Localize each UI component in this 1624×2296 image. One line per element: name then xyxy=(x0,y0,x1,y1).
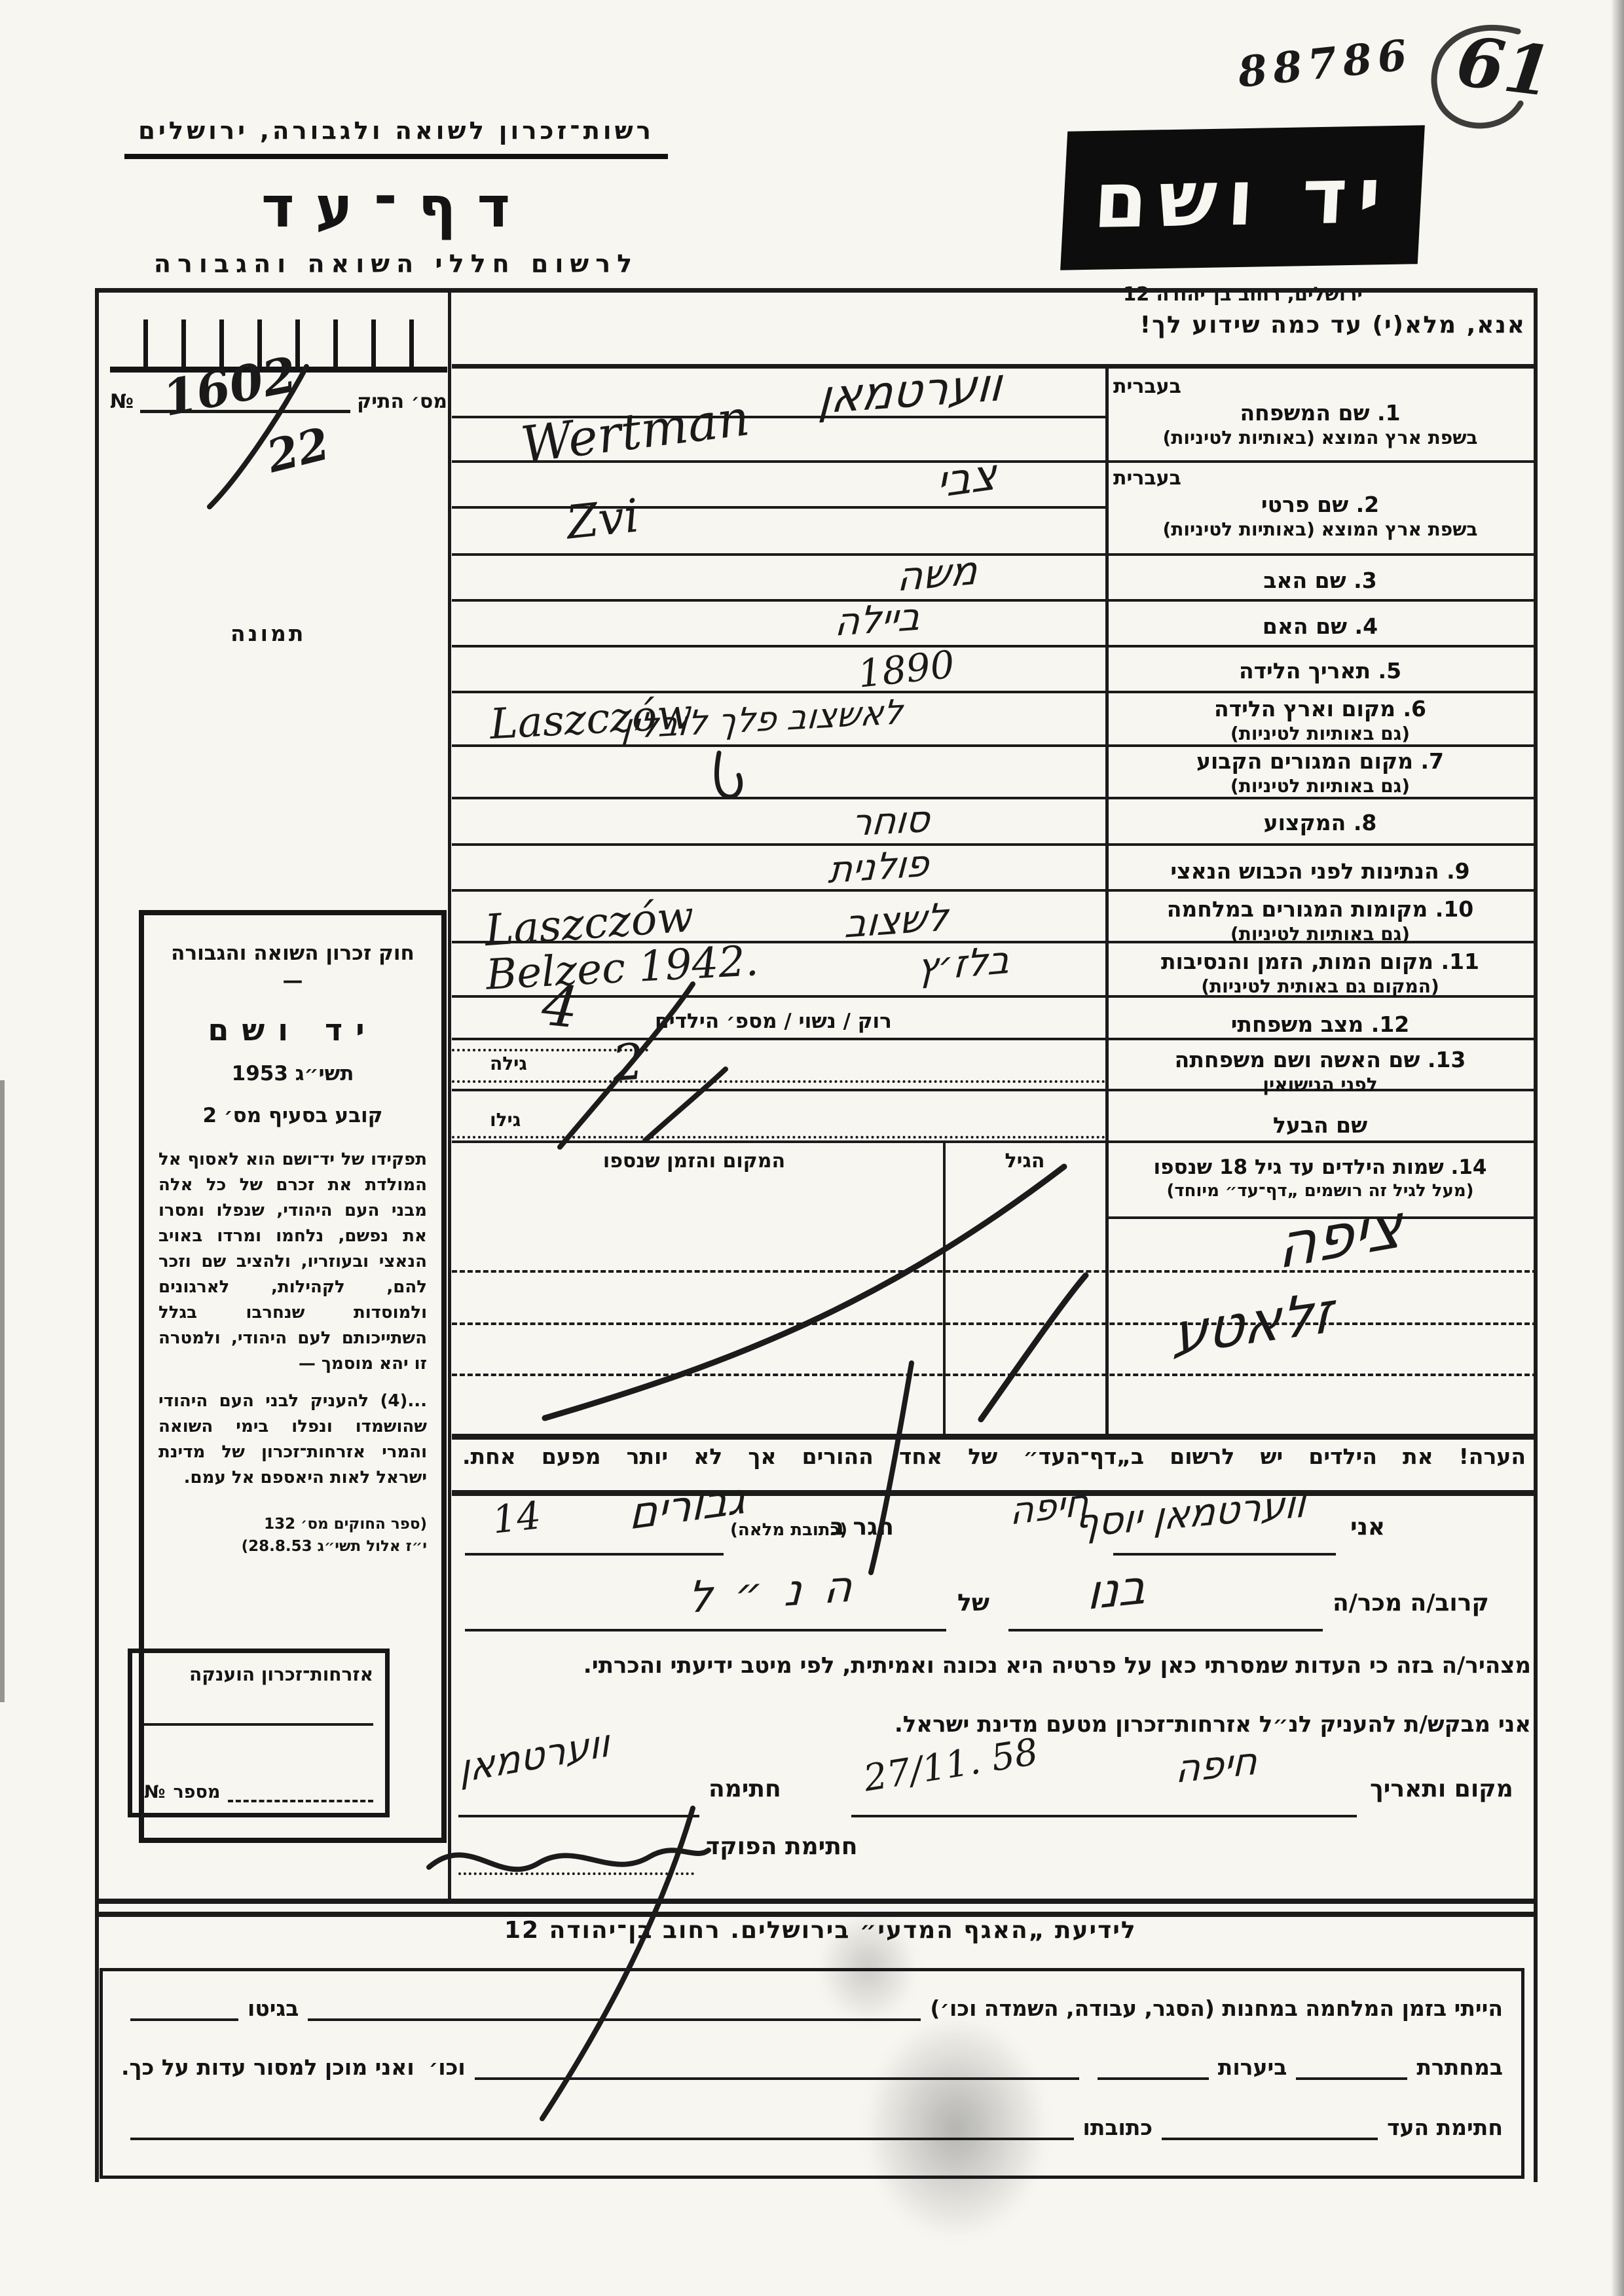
table-place-header: המקום והזמן שנספו xyxy=(511,1150,877,1173)
ghetto-label: בגיטו xyxy=(248,1995,299,2021)
child-2-name-handwritten: זלאטע xyxy=(1172,1279,1333,1368)
etc-label: וכו׳ xyxy=(429,2054,466,2080)
bottom-row-signature: חתימת העד כתובתו xyxy=(121,2111,1503,2140)
citizenship-handwritten: פולנית xyxy=(827,842,931,892)
field-11-label-block: 11. מקום המות, הזמן והנסיבות (המקום גם ב… xyxy=(1113,948,1527,998)
citizenship-numero-symbol: № xyxy=(144,1782,165,1802)
relative-label: קרוב/ה מכר/ה xyxy=(1333,1590,1489,1616)
bottom-row-underground: במחתרת ביערות וכו׳ ואני מוכן למסור עדות … xyxy=(121,2051,1503,2080)
field-12-label-block: 12. מצב משפחתי xyxy=(1113,1011,1527,1038)
field-10-label-block: 10. מקומות המגורים במלחמה (גם באותיות לט… xyxy=(1113,896,1527,945)
file-number-label: מס׳ התיק xyxy=(357,390,447,413)
numero-symbol: № xyxy=(110,390,134,413)
her-age-label: גילה xyxy=(490,1053,527,1074)
rule xyxy=(452,553,1538,556)
field-5-label-block: 5. תאריך הלידה xyxy=(1113,657,1527,684)
registration-number-handwritten: 88786 xyxy=(1236,30,1415,98)
scanned-testimony-page: 88786 61 רשות־זכרון לשואה ולגבורה, ירושל… xyxy=(0,0,1624,2296)
field-11-hint: (המקום גם באותית לטיניות) xyxy=(1113,975,1527,998)
fill-in-prompt: אנא, מלא(י) עד כמה שידוע לך! xyxy=(1113,312,1526,338)
field-10-hint: (גם באותיות לטיניות) xyxy=(1113,922,1527,945)
law-year: תשי״ג 1953 xyxy=(158,1062,427,1085)
logo-address: ירושלים, רחוב בן־יהודה 12 xyxy=(1040,283,1446,305)
table-slash xyxy=(981,1275,1086,1419)
signature-label: חתימה xyxy=(709,1776,781,1802)
address-street-handwritten: גבורים xyxy=(629,1472,747,1540)
field-2-language-hint: בעברית xyxy=(1113,466,1527,491)
address-number-handwritten: 14 xyxy=(490,1493,544,1542)
citizenship-number-line xyxy=(228,1780,373,1802)
field-2-label-block: בעברית 2. שם פרטי בשפת ארץ המוצא (באותיו… xyxy=(1113,466,1527,541)
field-3-label: 3. שם האב xyxy=(1113,567,1527,594)
note-bottom-rule xyxy=(452,1490,1538,1496)
footer-note: לידיעת „האגף המדעי״ בירושלים. רחוב בן־יה… xyxy=(504,1917,1137,1944)
birth-date-handwritten: 1890 xyxy=(856,642,957,696)
field-5-label: 5. תאריך הלידה xyxy=(1113,657,1527,684)
forests-label: ביערות xyxy=(1218,2054,1287,2080)
forests-line xyxy=(1098,2051,1209,2080)
marital-status-printed: רוק / נשוי / מספ׳ הילדים xyxy=(655,1010,892,1033)
bottom-testimony-box: הייתי בזמן המלחמה במחנות (הסגר, עבודה, ה… xyxy=(100,1968,1524,2179)
mother-name-handwritten: ביילה xyxy=(834,594,922,645)
rule xyxy=(452,645,1538,647)
field-8-label: 8. המקצוע xyxy=(1113,809,1527,836)
table-row-line xyxy=(452,1270,1538,1273)
place-value-handwritten: חיפה xyxy=(1175,1738,1258,1792)
table-row-line xyxy=(452,1322,1538,1325)
divider-age-column xyxy=(943,1140,946,1434)
law-clause: ...(4) להעניק לבני העם היהודי שהושמדו ונ… xyxy=(158,1389,427,1491)
underground-label: במחתרת xyxy=(1416,2054,1503,2080)
double-rule-bottom xyxy=(95,1912,1538,1917)
underground-line xyxy=(1296,2051,1407,2080)
frame-top xyxy=(95,288,1538,293)
field7-check-mark xyxy=(716,753,740,797)
law-name: יד ושם xyxy=(158,1012,427,1048)
of-label: של xyxy=(957,1590,989,1616)
field-11-label: 11. מקום המות, הזמן והנסיבות xyxy=(1113,948,1527,975)
father-name-handwritten: משה xyxy=(896,547,978,600)
dotted-line xyxy=(452,1136,1105,1139)
death-place-hebrew-handwritten: בלז׳ץ xyxy=(915,938,1010,991)
husband-label: שם הבעל xyxy=(1113,1112,1527,1139)
clerk-signature-label: חתימת הפוקד xyxy=(706,1833,858,1860)
address-hint: (כתובת מלאה) xyxy=(730,1520,847,1540)
field-3-label-block: 3. שם האב xyxy=(1113,567,1527,594)
etc-line xyxy=(475,2051,1079,2080)
field-1-label: 1. שם המשפחה xyxy=(1113,399,1527,426)
law-title: חוק זכרון השואה והגבורה — xyxy=(158,940,427,995)
relation-line xyxy=(1008,1594,1323,1631)
field-9-label-block: 9. הנתינות לפני הכבוש הנאצי xyxy=(1113,858,1527,884)
rule xyxy=(452,843,1538,846)
his-age-label: גילו xyxy=(490,1109,521,1131)
field-1-language-hint: בעברית xyxy=(1113,374,1527,399)
field-12-label: 12. מצב משפחתי xyxy=(1113,1011,1527,1038)
profession-handwritten: סוחר xyxy=(849,798,931,845)
field-7-hint: (גם באותיות לטיניות) xyxy=(1113,774,1527,797)
dotted-line xyxy=(452,1080,1105,1083)
field-9-label: 9. הנתינות לפני הכבוש הנאצי xyxy=(1113,858,1527,884)
scan-edge-right xyxy=(1611,0,1624,2296)
field-2-label: 2. שם פרטי xyxy=(1113,491,1527,518)
witness-sig-line xyxy=(1162,2111,1378,2140)
first-name-hebrew-handwritten: צבי xyxy=(936,448,996,508)
note-top-rule xyxy=(452,1434,1538,1440)
field-4-label-block: 4. שם האם xyxy=(1113,613,1527,640)
field-13-label: 13. שם האשה ושם משפחתה xyxy=(1113,1046,1527,1073)
form-subtitle: לרשום חללי השואה והגבורה xyxy=(124,249,668,278)
table-age-header: הגיל xyxy=(963,1150,1087,1173)
i-label: אני xyxy=(1350,1514,1385,1540)
field-6-hint: (גם באותיות לטיניות) xyxy=(1113,722,1527,745)
witness-address-line xyxy=(130,2111,1074,2140)
yad-vashem-logo: יד ושם xyxy=(1060,125,1425,270)
field-14-label: 14. שמות הילדים עד גיל 18 שנספו xyxy=(1113,1155,1527,1180)
witness-sig-label: חתימת העד xyxy=(1387,2115,1503,2140)
children-count-handwritten: 4 xyxy=(539,972,581,1041)
witness-address-label: כתובתו xyxy=(1083,2115,1153,2140)
photo-label: תמונה xyxy=(231,621,306,646)
child-1-name-handwritten: ציפה xyxy=(1278,1190,1402,1283)
declaration-request: אני מבקש/ת להעניק לנ״ל אזרחות־זכרון מטעם… xyxy=(465,1711,1531,1738)
place-date-label: מקום ותאריך xyxy=(1370,1776,1513,1802)
file-number-value-bottom: 22 xyxy=(262,418,335,484)
citizenship-number-label: מספר xyxy=(173,1782,220,1802)
field-1-hint: בשפת ארץ המוצא (באותיות לטיניות) xyxy=(1113,426,1527,449)
scan-edge-left-mark xyxy=(0,1080,5,1702)
citizenship-line xyxy=(144,1723,373,1726)
rule xyxy=(452,599,1538,602)
law-body: תפקידו של יד־ושם הוא לאסוף אל המולדת את … xyxy=(158,1147,427,1377)
rule xyxy=(452,1140,1538,1143)
ghetto-line xyxy=(130,1992,238,2021)
first-name-latin-handwritten: Zvi xyxy=(564,488,642,549)
field-1-label-block: בעברית 1. שם המשפחה בשפת ארץ המוצא (באות… xyxy=(1113,374,1527,449)
husband-label-block: שם הבעל xyxy=(1113,1112,1527,1139)
writing-line xyxy=(452,506,1105,509)
form-header: רשות־זכרון לשואה ולגבורה, ירושלים דף־עד … xyxy=(124,117,668,278)
field-7-label: 7. מקום המגורים הקבוע xyxy=(1113,748,1527,774)
relation-handwritten: בנו xyxy=(1086,1559,1147,1620)
field-6-label: 6. מקום וארץ הלידה xyxy=(1113,695,1527,722)
field-7-label-block: 7. מקום המגורים הקבוע (גם באותיות לטיניו… xyxy=(1113,748,1527,797)
rule xyxy=(452,889,1538,892)
note-line: הערה! את הילדים יש לרשום ב„דף־העד״ של אח… xyxy=(462,1444,1526,1469)
testify-label: ואני מוכן למסור עדות על כך. xyxy=(121,2054,415,2080)
field-6-label-block: 6. מקום וארץ הלידה (גם באותיות לטיניות) xyxy=(1113,695,1527,745)
field-14-hint: (מעל לגיל זה רושמים „דף־עד״ מיוחד) xyxy=(1113,1180,1527,1202)
field-10-label: 10. מקומות המגורים במלחמה xyxy=(1113,896,1527,922)
double-rule-top xyxy=(95,1899,1538,1904)
law-ref-2: י״ז אלול תשי״ג 28.8.53) xyxy=(158,1535,427,1558)
field-13-hint: לפני הנישואין xyxy=(1113,1073,1527,1096)
field-4-label: 4. שם האם xyxy=(1113,613,1527,640)
divider-left-column xyxy=(448,288,451,1899)
law-section: קובע בסעיף מס׳ 2 xyxy=(158,1104,427,1127)
bottom-row-camps: הייתי בזמן המלחמה במחנות (הסגר, עבודה, ה… xyxy=(121,1992,1503,2021)
war-residence-hebrew-handwritten: לשצוב xyxy=(843,894,950,947)
camps-label: הייתי בזמן המלחמה במחנות (הסגר, עבודה, ה… xyxy=(930,1995,1503,2021)
divider-label-column xyxy=(1105,367,1109,1434)
law-ref-1: (ספר החוקים מס׳ 132 xyxy=(158,1513,427,1536)
field-13-label-block: 13. שם האשה ושם משפחתה לפני הנישואין xyxy=(1113,1046,1527,1096)
citizenship-title: אזרחות־זכרון הוענקה xyxy=(144,1664,373,1685)
field-8-label-block: 8. המקצוע xyxy=(1113,809,1527,836)
field-2-hint: בשפת ארץ המוצא (באותיות לטיניות) xyxy=(1113,518,1527,541)
citizenship-stamp-box: אזרחות־זכרון הוענקה מספר № xyxy=(128,1649,390,1817)
table-row-line xyxy=(452,1374,1538,1376)
table-long-stroke xyxy=(545,1167,1064,1418)
camps-line xyxy=(308,1992,921,2021)
page-number-handwritten: 61 xyxy=(1452,21,1557,113)
logo-text: יד ושם xyxy=(1092,150,1393,246)
form-title: דף־עד xyxy=(124,175,668,240)
declaration-statement: מצהיר/ה בזה כי העדות שמסרתי כאן על פרטיה… xyxy=(465,1652,1531,1679)
clerk-signature-line xyxy=(458,1837,694,1875)
age-value-handwritten: 2 xyxy=(610,1032,646,1092)
authority-name: רשות־זכרון לשואה ולגבורה, ירושלים xyxy=(124,117,668,159)
field-14-label-block: 14. שמות הילדים עד גיל 18 שנספו (מעל לגי… xyxy=(1113,1155,1527,1201)
